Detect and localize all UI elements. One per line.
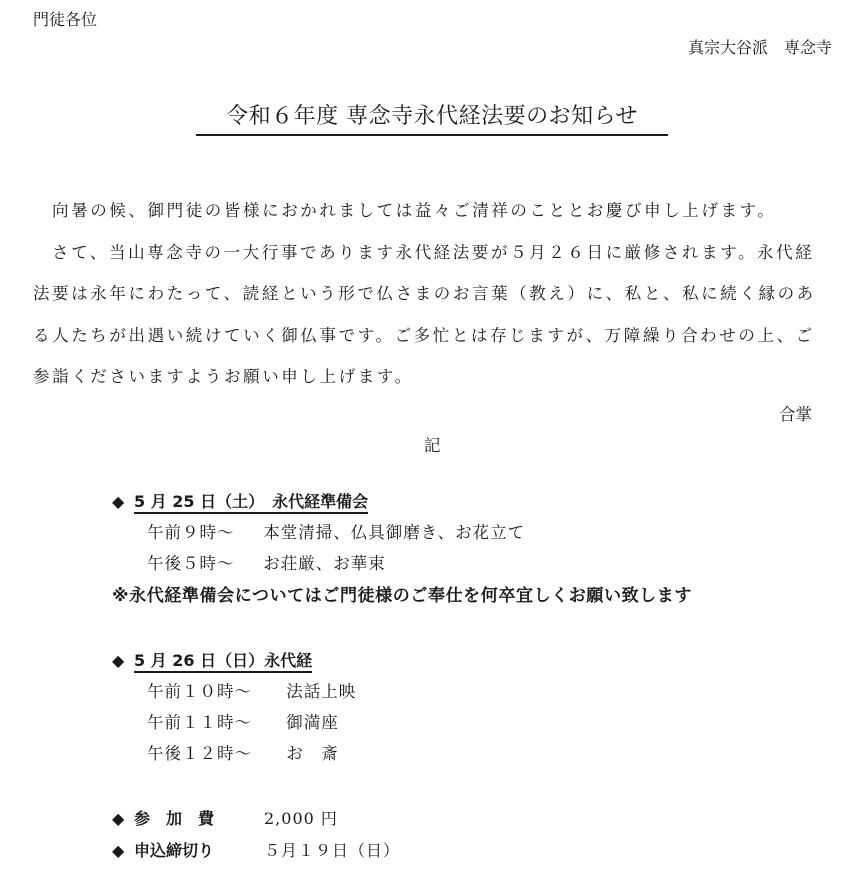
- schedule-desc: 法話上映: [286, 680, 356, 704]
- schedule-row: 午前１１時～ 御満座: [147, 711, 339, 735]
- schedule-desc: 御満座: [286, 711, 339, 735]
- fee-value: 2,000 円: [264, 807, 338, 831]
- schedule-time: 午後５時～: [147, 552, 257, 576]
- deadline-value: ５月１９日（日）: [264, 839, 400, 863]
- body-line: る人たちが出遇い続けていく御仏事です。ご多忙とは存じますが、万障繰り合わせの上、…: [33, 321, 818, 363]
- deadline-label: 申込締切り: [134, 839, 264, 863]
- fee-row: ◆参 加 費2,000 円: [112, 807, 338, 831]
- section-heading-text: 5 月 26 日（日）永代経: [134, 651, 312, 673]
- schedule-time: 午前１１時～: [147, 711, 280, 735]
- diamond-bullet-icon: ◆: [112, 649, 134, 673]
- schedule-row: 午後５時～ お荘厳、お華束: [147, 552, 386, 576]
- schedule-row: 午後１２時～ お 斎: [147, 742, 339, 766]
- body-line: さて、当山専念寺の一大行事であります永代経法要が５月２６日に厳修されます。永代経: [33, 238, 818, 280]
- schedule-time: 午前９時～: [147, 521, 257, 545]
- schedule-row: 午前１０時～ 法話上映: [147, 680, 356, 704]
- schedule-desc: お荘厳、お華束: [263, 552, 386, 576]
- ki-marker: 記: [424, 434, 441, 458]
- fee-label: 参 加 費: [134, 807, 264, 831]
- schedule-desc: お 斎: [286, 742, 339, 766]
- diamond-bullet-icon: ◆: [112, 490, 134, 514]
- schedule-time: 午後１２時～: [147, 742, 280, 766]
- body-line: 法要は永年にわたって、読経という形で仏さまのお言葉（教え）に、私と、私に続く縁の…: [33, 279, 818, 321]
- closing-gassho: 合掌: [779, 403, 812, 427]
- preparation-note: ※永代経準備会についてはご門徒様のご奉仕を何卒宜しくお願い致します: [112, 584, 692, 608]
- sender: 真宗大谷派 専念寺: [688, 38, 832, 58]
- body-line: 向暑の候、御門徒の皆様におかれましては益々ご清祥のこととお慶び申し上げます。: [33, 196, 818, 238]
- section-heading-text: 5 月 25 日（土） 永代経準備会: [134, 492, 368, 514]
- section-heading-preparation: ◆5 月 25 日（土） 永代経準備会: [112, 490, 368, 514]
- recipient: 門徒各位: [33, 10, 97, 30]
- schedule-time: 午前１０時～: [147, 680, 280, 704]
- diamond-bullet-icon: ◆: [112, 839, 134, 863]
- schedule-row: 午前９時～ 本堂清掃、仏具御磨き、お花立て: [147, 521, 525, 545]
- deadline-row: ◆申込締切り５月１９日（日）: [112, 839, 400, 863]
- section-heading-eitaikyo: ◆5 月 26 日（日）永代経: [112, 649, 312, 673]
- diamond-bullet-icon: ◆: [112, 807, 134, 831]
- body-line: 参詣くださいますようお願い申し上げます。: [33, 362, 818, 404]
- page-title: 令和６年度 専念寺永代経法要のお知らせ: [196, 102, 668, 136]
- schedule-desc: 本堂清掃、仏具御磨き、お花立て: [263, 521, 525, 545]
- body-text: 向暑の候、御門徒の皆様におかれましては益々ご清祥のこととお慶び申し上げます。 さ…: [33, 196, 818, 404]
